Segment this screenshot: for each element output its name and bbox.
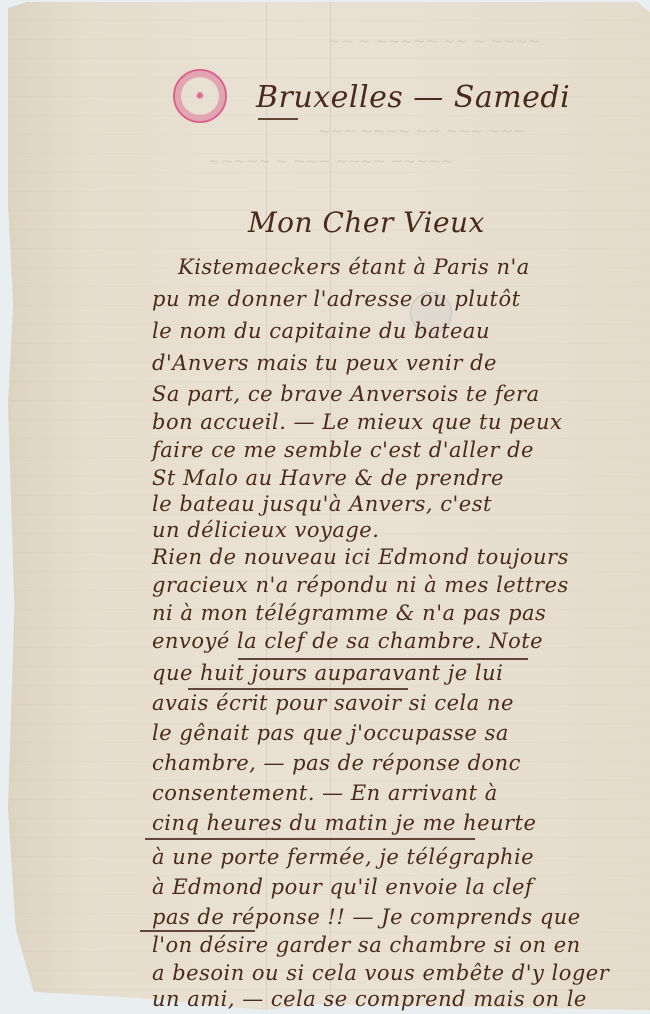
underline — [238, 658, 528, 660]
letter-line: gracieux n'a répondu ni à mes lettres — [152, 573, 569, 597]
underline — [188, 688, 408, 690]
letter-line: chambre, — pas de réponse donc — [152, 751, 521, 775]
underline — [145, 838, 475, 840]
letter-line: le gênait pas que j'occupasse sa — [152, 721, 509, 745]
letter-line: cinq heures du matin je me heurte — [152, 811, 536, 835]
bleed-through-text: ~~ ~ ~~~~~ ~~ ~ ~~~~ — [328, 32, 540, 50]
letter-line: d'Anvers mais tu peux venir de — [152, 351, 497, 375]
letter-line: bon accueil. — Le mieux que tu peux — [152, 410, 562, 434]
flourish — [258, 118, 298, 120]
letter-line: pu me donner l'adresse ou plutôt — [152, 287, 521, 311]
letter-line: à Edmond pour qu'il envoie la clef — [152, 875, 533, 899]
salutation: Mon Cher Vieux — [248, 206, 485, 239]
letter-line: ni à mon télégramme & n'a pas pas — [152, 601, 546, 625]
letter-line: que huit jours auparavant je lui — [152, 661, 503, 685]
letter-line: avais écrit pour savoir si cela ne — [152, 691, 514, 715]
letter-line: un délicieux voyage. — [152, 518, 379, 542]
letter-line: St Malo au Havre & de prendre — [152, 466, 504, 490]
bleed-through-text: ~~~ ~~~~ ~~ ~~~ ~~~ — [318, 122, 526, 140]
letter-line: Kistemaeckers étant à Paris n'a — [178, 255, 530, 279]
letter-line: Sa part, ce brave Anversois te fera — [152, 382, 540, 406]
place-date: Bruxelles — Samedi — [256, 80, 570, 115]
letter-line: faire ce me semble c'est d'aller de — [152, 438, 534, 462]
letter-line: consentement. — En arrivant à — [152, 781, 498, 805]
letter-line: envoyé la clef de sa chambre. Note — [152, 629, 543, 653]
bleed-through-text: ~~~~~ ~ ~~~ ~~~~ ~~~~~ — [208, 152, 453, 170]
letter-line: Rien de nouveau ici Edmond toujours — [152, 545, 569, 569]
letter-line: pas de réponse !! — Je comprends que — [152, 905, 581, 929]
letter-line: le bateau jusqu'à Anvers, c'est — [152, 492, 492, 516]
letter-line: a besoin ou si cela vous embête d'y loge… — [152, 961, 609, 985]
letter-line: un ami, — cela se comprend mais on le — [152, 987, 587, 1011]
archive-stamp: ✺ — [173, 69, 227, 123]
letter-line: le nom du capitaine du bateau — [152, 319, 490, 343]
letter-line: l'on désire garder sa chambre si on en — [152, 933, 581, 957]
letter-line: à une porte fermée, je télégraphie — [152, 845, 534, 869]
underline — [140, 930, 255, 932]
